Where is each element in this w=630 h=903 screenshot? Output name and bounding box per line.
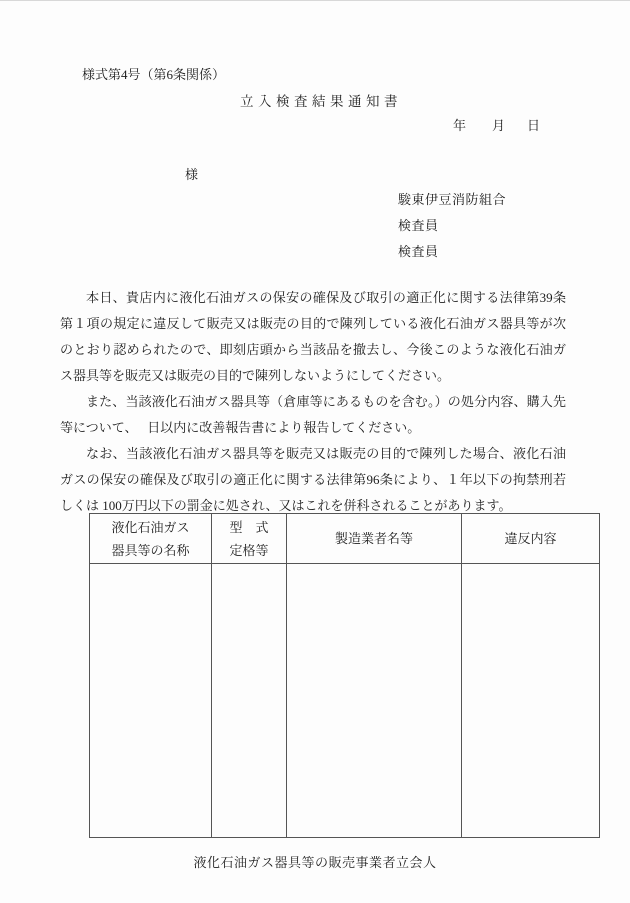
addressee-suffix: 様 bbox=[185, 168, 198, 182]
header-model-line2: 定格等 bbox=[212, 539, 286, 562]
document-title: 立入検査結果通知書 bbox=[0, 94, 630, 109]
header-model-line1: 型 式 bbox=[212, 516, 286, 539]
witness-line: 液化石油ガス器具等の販売事業者立会人 bbox=[0, 855, 630, 870]
cell-appliance-name bbox=[90, 564, 212, 838]
table-header-row: 液化石油ガス 器具等の名称 型 式 定格等 製造業者名等 違反内容 bbox=[90, 514, 600, 564]
paragraph-report-request: また、当該液化石油ガス器具等（倉庫等にあるものを含む。）の処分内容、購入先等につ… bbox=[60, 389, 566, 441]
header-appliance-name-line1: 液化石油ガス bbox=[90, 516, 211, 539]
cell-model-rating bbox=[212, 564, 287, 838]
body-text: 本日、貴店内に液化石油ガスの保安の確保及び取引の適正化に関する法律第39条第１項… bbox=[60, 285, 566, 519]
header-appliance-name-line2: 器具等の名称 bbox=[90, 539, 211, 562]
table-row bbox=[90, 564, 600, 838]
signature-inspector-1: 検査員 bbox=[398, 218, 439, 233]
signature-organization: 駿東伊豆消防組合 bbox=[398, 192, 506, 207]
cell-violation bbox=[462, 564, 600, 838]
header-model-rating: 型 式 定格等 bbox=[212, 514, 287, 564]
paragraph-removal-order: 本日、貴店内に液化石油ガスの保安の確保及び取引の適正化に関する法律第39条第１項… bbox=[60, 285, 566, 389]
signature-inspector-2: 検査員 bbox=[398, 244, 439, 259]
cell-manufacturer bbox=[287, 564, 462, 838]
date-day-label: 日 bbox=[527, 118, 540, 133]
date-year-label: 年 bbox=[453, 118, 466, 133]
date-line: 年月日 bbox=[453, 119, 540, 133]
date-month-label: 月 bbox=[492, 118, 505, 133]
header-manufacturer-line1: 製造業者名等 bbox=[287, 527, 461, 550]
paragraph-penalty-notice: なお、当該液化石油ガス器具等を販売又は販売の目的で陳列した場合、液化石油ガスの保… bbox=[60, 441, 566, 519]
violation-items-table: 液化石油ガス 器具等の名称 型 式 定格等 製造業者名等 違反内容 bbox=[89, 513, 600, 838]
header-violation: 違反内容 bbox=[462, 514, 600, 564]
form-number: 様式第4号（第6条関係） bbox=[82, 67, 225, 82]
header-violation-line1: 違反内容 bbox=[462, 527, 599, 550]
header-appliance-name: 液化石油ガス 器具等の名称 bbox=[90, 514, 212, 564]
header-manufacturer: 製造業者名等 bbox=[287, 514, 462, 564]
document-page: 様式第4号（第6条関係） 立入検査結果通知書 年月日 様 駿東伊豆消防組合 検査… bbox=[0, 0, 630, 903]
